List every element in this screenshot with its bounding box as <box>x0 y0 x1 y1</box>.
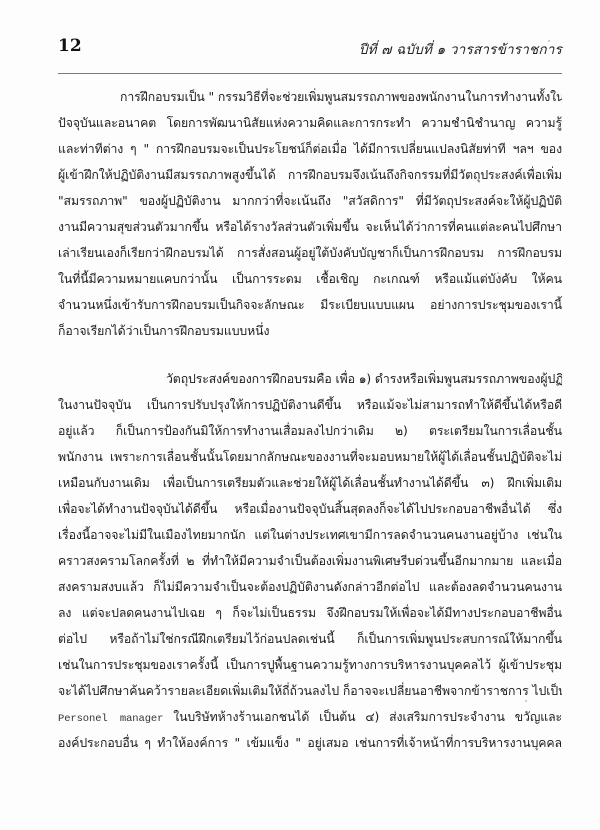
text-line: งานมีความสุขส่วนตัวมากขึ้น หรือได้รางวัล… <box>58 216 562 238</box>
text-line: ลง แต่จะปลดคนงานไปเฉย ๆ ก็จะไม่เป็นธรรม … <box>58 602 562 624</box>
text-line: เล่าเรียนเองก็เรียกว่าฝึกอบรมได้ การสั่ง… <box>58 242 562 264</box>
text-line: "สมรรถภาพ" ของผู้ปฏิบัติงาน มากกว่าที่จะ… <box>58 190 562 212</box>
text-line: จะได้ไปศึกษาค้นคว้ารายละเอียดเพิ่มเติมให… <box>58 680 562 702</box>
scan-speck <box>525 700 527 702</box>
scan-speck <box>497 272 499 274</box>
text-line: วัตถุประสงค์ของการฝึกอบรมคือ เพื่อ ๑) ดำ… <box>166 368 562 390</box>
text-line: จำนวนหนึ่งเข้ารับการฝึกอบรมเป็นกิจจะลักษ… <box>58 294 562 316</box>
text-line: ต่อไป หรือถ้าไม่ใช่กรณีฝึกเตรียมไว้ก่อนป… <box>58 628 562 650</box>
page-number: 12 <box>58 36 82 56</box>
english-term: Personel manager <box>58 713 163 725</box>
text-line: ในที่นี้มีความหมายแคบกว่านั้น เป็นการระด… <box>58 268 562 290</box>
text-line: องค์ประกอบอื่น ๆ ทำให้องค์การ " เข้มแข็ง… <box>58 732 562 754</box>
text-line: เหมือนกับงานเดิม เพื่อเป็นการเตรียมตัวแล… <box>58 472 562 494</box>
text-line-with-english: Personel manager ในบริษัทห้างร้านเอกชนได… <box>58 706 562 728</box>
text-line: เช่นในการประชุมของเราครั้งนี้ เป็นการปูพ… <box>58 654 562 676</box>
text-line: พนักงาน เพราะการเลื่อนชั้นนั้นโดยมากลักษ… <box>58 446 562 468</box>
text-line: ผู้เข้าฝึกให้ปฏิบัติงานมีสมรรถภาพสูงขึ้น… <box>58 164 562 186</box>
text-line: และท่าทีต่าง ๆ " การฝึกอบรมจะเป็นประโยชน… <box>58 138 562 160</box>
text-line: ในงานปัจจุบัน เป็นการปรับปรุงให้การปฏิบั… <box>58 394 562 416</box>
text-line: ก็อาจเรียกได้ว่าเป็นการฝึกอบรมแบบหนึ่ง <box>58 320 562 342</box>
document-page: 12 ปีที่ ๗ ฉบับที่ ๑ วารสารข้าราชการ การ… <box>0 0 600 830</box>
running-head: 12 ปีที่ ๗ ฉบับที่ ๑ วารสารข้าราชการ <box>58 36 562 60</box>
text-line: สงครามสงบแล้ว ก็ไม่มีความจำเป็นจะต้องปฏิ… <box>58 576 562 598</box>
text-line: เพื่อจะได้ทำงานปัจจุบันได้ดีขึ้น หรือเมื… <box>58 498 562 520</box>
text-line-rest: ในบริษัทห้างร้านเอกชนได้ เป็นต้น ๔) ส่งเ… <box>173 710 562 724</box>
text-line: เรื่องนี้อาจจะไม่มีในเมืองไทยมากนัก แต่ใ… <box>58 524 562 546</box>
text-line: ปัจจุบันและอนาคต โดยการพัฒนานิสัยแห่งควา… <box>58 112 562 134</box>
text-line: การฝึกอบรมเป็น " กรรมวิธีที่จะช่วยเพิ่มพ… <box>120 86 562 108</box>
scan-speck <box>548 40 550 42</box>
text-line: คราวสงครามโลกครั้งที่ ๒ ที่ทำให้มีความจำ… <box>58 550 562 572</box>
header-rule <box>58 73 562 74</box>
journal-title: ปีที่ ๗ ฉบับที่ ๑ วารสารข้าราชการ <box>359 38 562 60</box>
text-line: อยู่แล้ว ก็เป็นการป้องกันมิให้การทำงานเส… <box>58 420 562 442</box>
